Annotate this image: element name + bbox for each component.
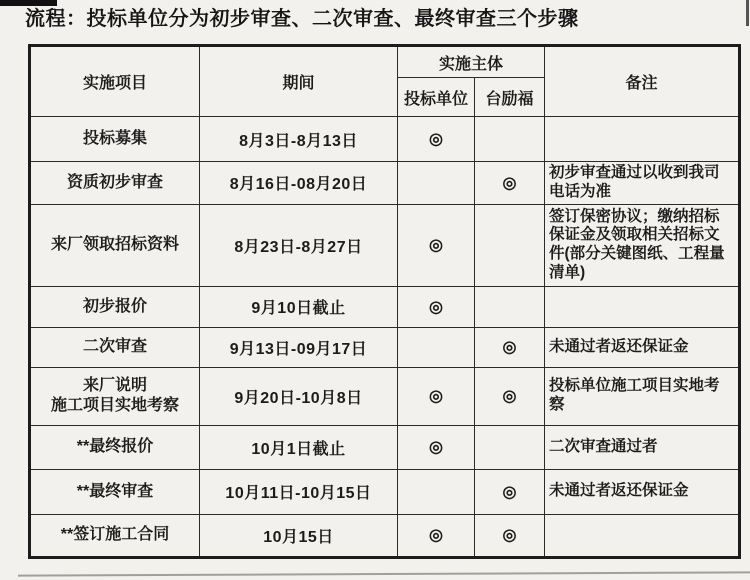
company-mark-icon: ◎	[475, 469, 545, 514]
company-mark-icon: ◎	[475, 327, 545, 367]
table-row: **最终审查 10月11日-10月15日 ◎ 未通过者返还保证金	[30, 469, 740, 514]
project-cell: 资质初步审查	[30, 162, 200, 205]
remark-cell: 签订保密协议；缴纳招标保证金及领取相关招标文件(部分关键图纸、工程量清单)	[545, 204, 740, 286]
table-row: 初步报价 9月10日截止 ◎	[30, 286, 740, 327]
table-row: 来厂领取招标资料 8月23日-8月27日 ◎ 签订保密协议；缴纳招标保证金及领取…	[30, 204, 740, 286]
bidder-mark-icon: ◎	[398, 514, 475, 557]
scan-artifact-bottom-line	[18, 571, 750, 576]
period-cell: 9月13日-09月17日	[200, 327, 398, 367]
project-cell: **最终审查	[30, 469, 200, 514]
remark-cell	[545, 286, 740, 327]
table-header: 实施项目 期间 实施主体 备注 投标单位 台励福	[30, 46, 740, 117]
header-project: 实施项目	[30, 46, 200, 117]
remark-cell: 二次审查通过者	[545, 425, 740, 469]
company-mark-icon: ◎	[475, 514, 545, 557]
period-cell: 10月15日	[200, 514, 398, 557]
table-row: 资质初步审查 8月16日-08月20日 ◎ 初步审查通过以收到我司电话为准	[30, 162, 740, 205]
company-mark-icon: ◎	[475, 367, 545, 425]
remark-cell	[545, 514, 740, 557]
remark-cell: 投标单位施工项目实地考察	[545, 367, 740, 425]
bidder-mark-icon	[398, 327, 475, 367]
table-row: **最终报价 10月1日截止 ◎ 二次审查通过者	[30, 425, 740, 469]
project-cell: 来厂说明 施工项目实地考察	[30, 367, 200, 425]
table-row: **签订施工合同 10月15日 ◎ ◎	[30, 514, 740, 557]
page-title: 流程：投标单位分为初步审查、二次审查、最终审查三个步骤	[25, 2, 579, 31]
period-cell: 10月11日-10月15日	[200, 469, 398, 514]
header-subject-group: 实施主体	[398, 46, 545, 78]
table-row: 投标募集 8月3日-8月13日 ◎	[30, 117, 740, 162]
company-mark-icon	[475, 286, 545, 327]
company-mark-icon: ◎	[475, 162, 545, 205]
remark-cell: 初步审查通过以收到我司电话为准	[545, 162, 740, 205]
scan-artifact-top-right	[746, 0, 749, 26]
project-cell: **签订施工合同	[30, 514, 200, 557]
header-subject-company: 台励福	[475, 78, 545, 117]
bidder-mark-icon: ◎	[398, 286, 475, 327]
bidder-mark-icon	[398, 469, 475, 514]
table-body: 投标募集 8月3日-8月13日 ◎ 资质初步审查 8月16日-08月20日 ◎ …	[30, 117, 740, 558]
project-cell: 投标募集	[30, 117, 200, 162]
bidder-mark-icon: ◎	[398, 367, 475, 425]
period-cell: 8月23日-8月27日	[200, 204, 398, 286]
scanned-document-page: 流程：投标单位分为初步审查、二次审查、最终审查三个步骤 实施项目 期间 实施主体…	[0, 0, 750, 580]
project-cell: 初步报价	[30, 286, 200, 327]
company-mark-icon	[475, 425, 545, 469]
bidding-process-table: 实施项目 期间 实施主体 备注 投标单位 台励福 投标募集 8月3日-8月13日…	[28, 44, 741, 559]
company-mark-icon	[475, 117, 545, 162]
table-row: 二次审查 9月13日-09月17日 ◎ 未通过者返还保证金	[30, 327, 740, 367]
remark-cell: 未通过者返还保证金	[545, 469, 740, 514]
bidder-mark-icon: ◎	[398, 204, 475, 286]
remark-cell: 未通过者返还保证金	[545, 327, 740, 367]
project-cell: **最终报价	[30, 425, 200, 469]
period-cell: 10月1日截止	[200, 425, 398, 469]
period-cell: 8月3日-8月13日	[200, 117, 398, 162]
remark-cell	[545, 117, 740, 162]
period-cell: 9月20日-10月8日	[200, 367, 398, 425]
bidder-mark-icon: ◎	[398, 117, 475, 162]
header-period: 期间	[200, 46, 398, 117]
table-row: 来厂说明 施工项目实地考察 9月20日-10月8日 ◎ ◎ 投标单位施工项目实地…	[30, 367, 740, 425]
company-mark-icon	[475, 204, 545, 286]
period-cell: 8月16日-08月20日	[200, 162, 398, 205]
period-cell: 9月10日截止	[200, 286, 398, 327]
bidder-mark-icon: ◎	[398, 425, 475, 469]
project-cell: 二次审查	[30, 327, 200, 367]
header-remarks: 备注	[545, 46, 740, 117]
header-subject-bidder: 投标单位	[398, 78, 475, 117]
bidder-mark-icon	[398, 162, 475, 205]
project-cell: 来厂领取招标资料	[30, 204, 200, 286]
